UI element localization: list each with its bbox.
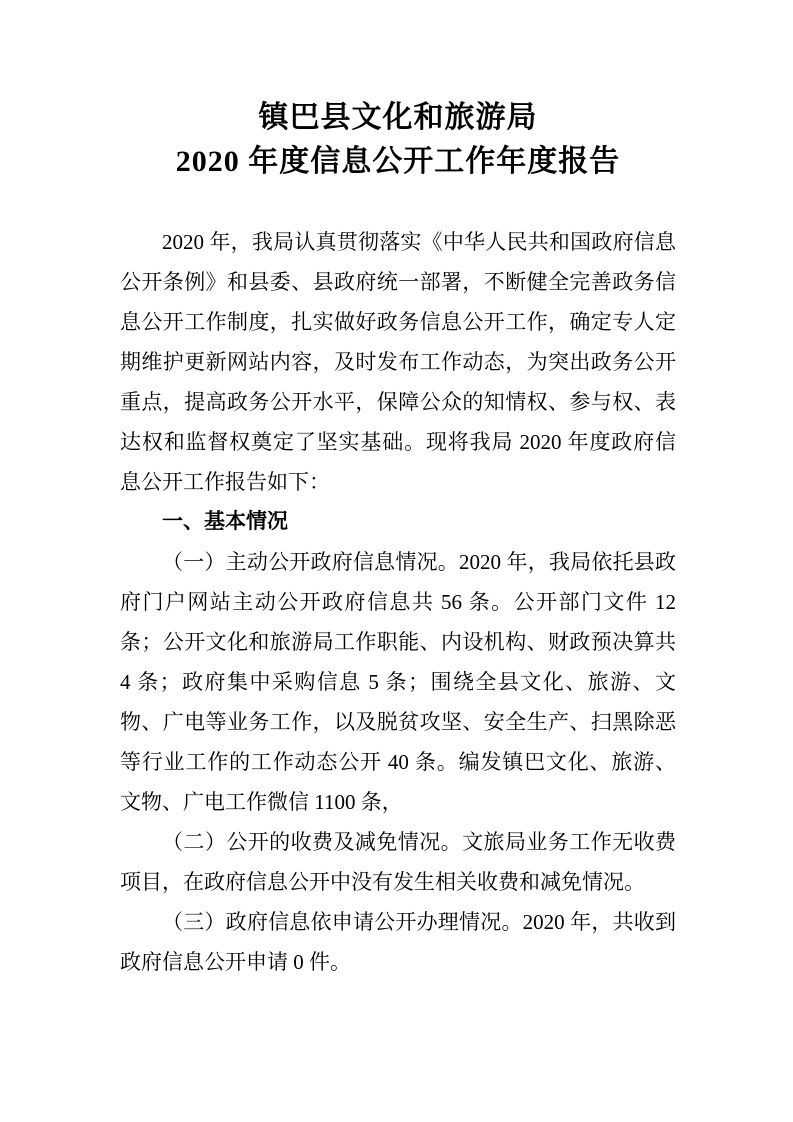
document-body: 2020 年，我局认真贯彻落实《中华人民共和国政府信息公开条例》和县委、县政府统… — [120, 222, 676, 982]
paragraph-disclosure-upon-request: （三）政府信息依申请公开办理情况。2020 年，共收到政府信息公开申请 0 件。 — [120, 902, 676, 982]
paragraph-fees-and-reductions: （二）公开的收费及减免情况。文旅局业务工作无收费项目，在政府信息公开中没有发生相… — [120, 822, 676, 902]
title-line-2: 2020 年度信息公开工作年度报告 — [120, 140, 676, 184]
paragraph-proactive-disclosure: （一）主动公开政府信息情况。2020 年，我局依托县政府门户网站主动公开政府信息… — [120, 542, 676, 822]
document-page: 镇巴县文化和旅游局 2020 年度信息公开工作年度报告 2020 年，我局认真贯… — [0, 0, 793, 1122]
title-line-1: 镇巴县文化和旅游局 — [120, 96, 676, 140]
intro-paragraph: 2020 年，我局认真贯彻落实《中华人民共和国政府信息公开条例》和县委、县政府统… — [120, 222, 676, 502]
section-heading-basic-situation: 一、基本情况 — [120, 502, 676, 542]
document-title: 镇巴县文化和旅游局 2020 年度信息公开工作年度报告 — [120, 96, 676, 184]
